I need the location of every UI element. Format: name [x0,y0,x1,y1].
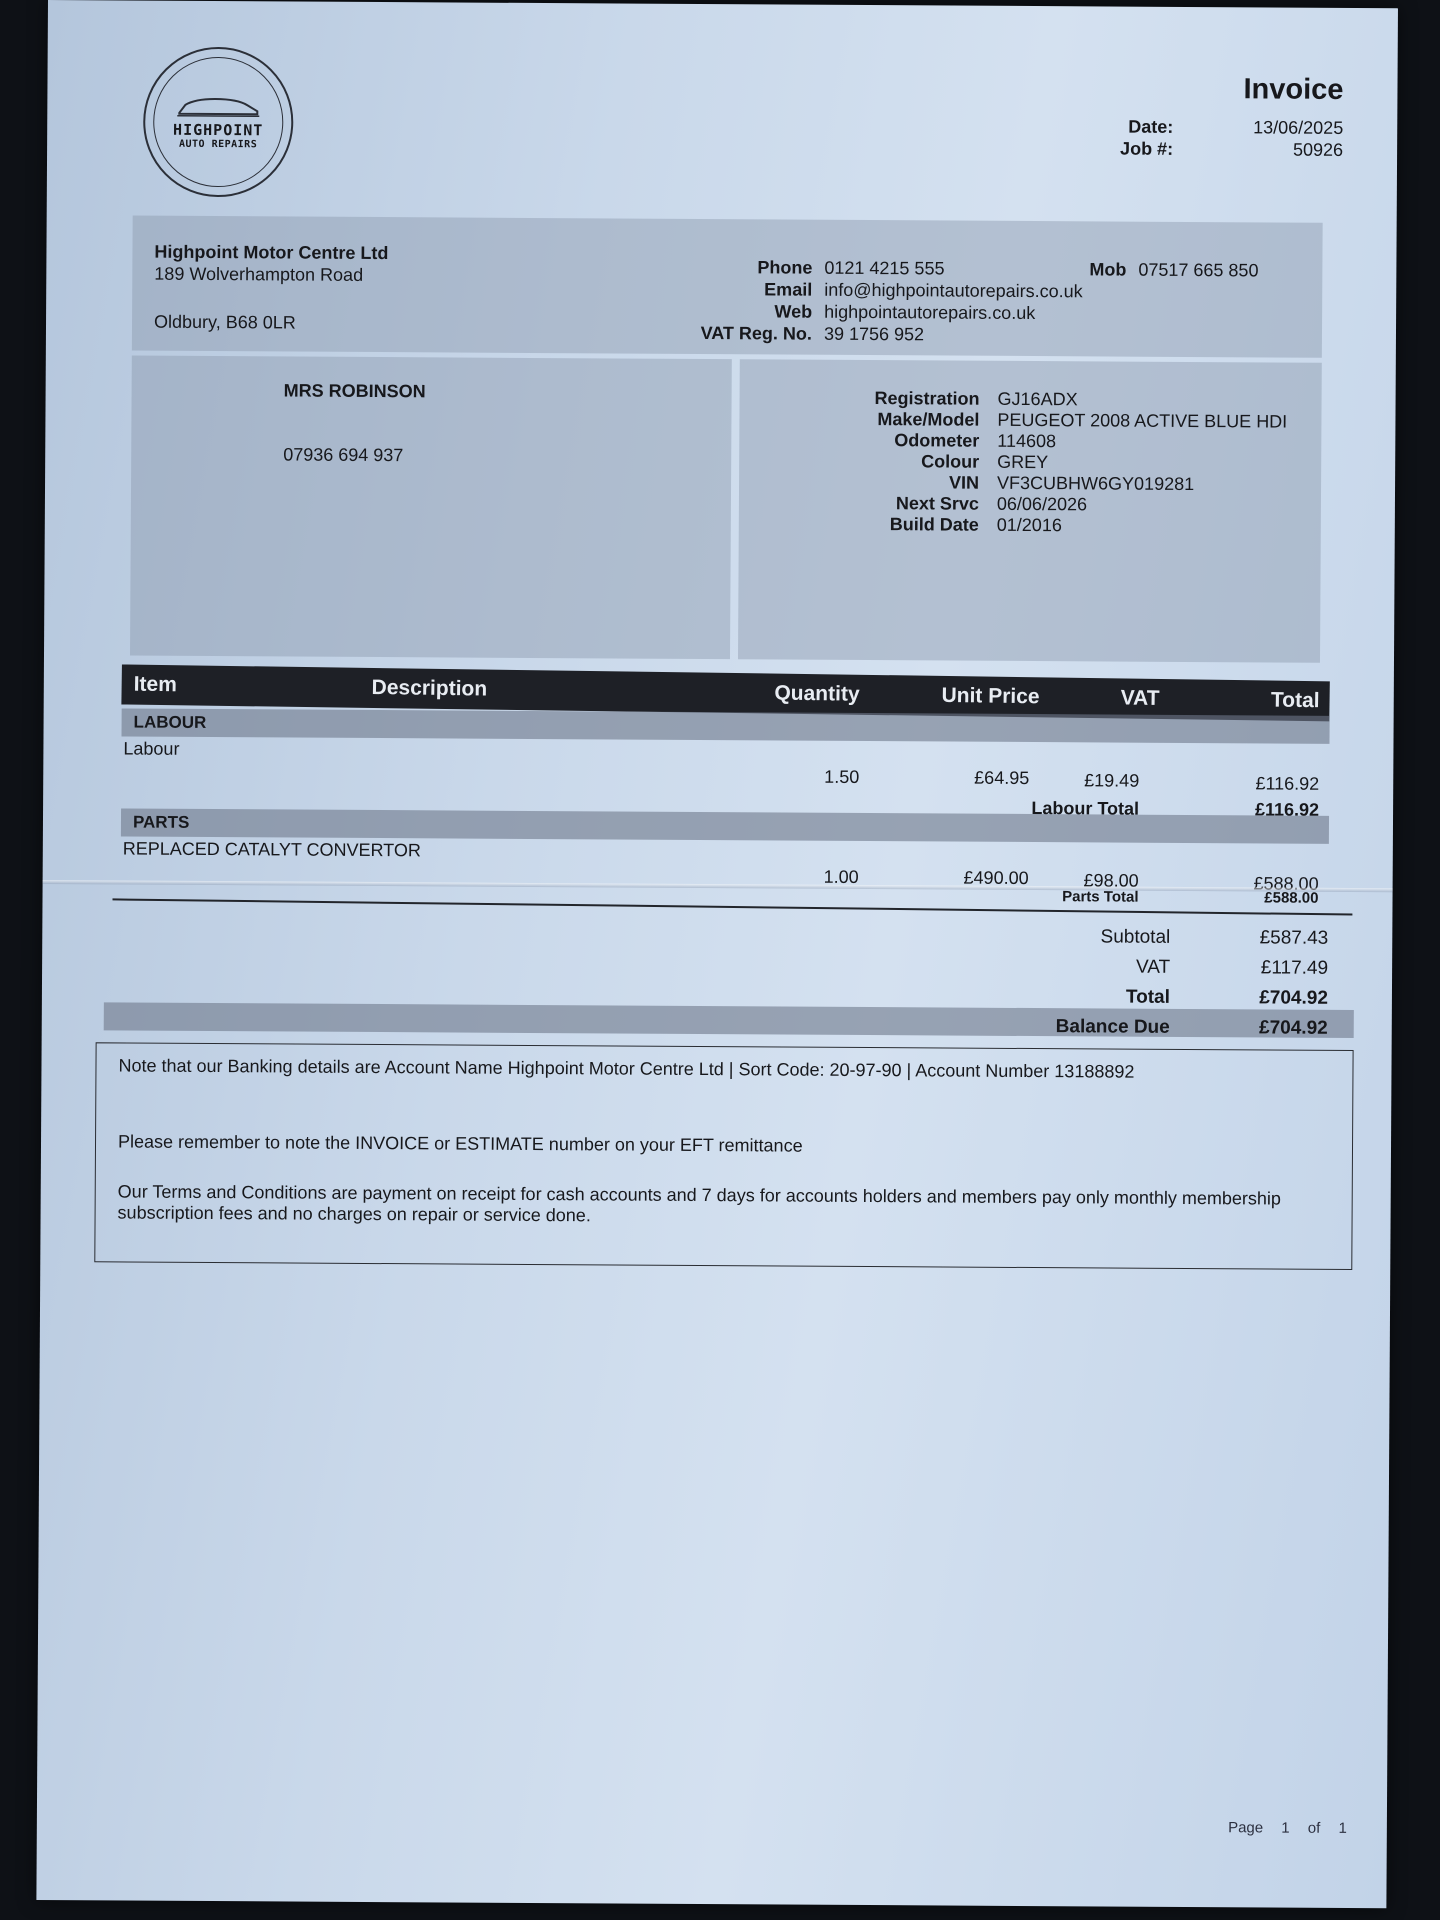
vehicle-field-label: Make/Model [799,409,979,431]
section-title: PARTS [133,813,189,833]
row-description: REPLACED CATALYT CONVERTOR [123,838,421,861]
vat-total-value: £117.49 [1198,957,1328,980]
vehicle-details: RegistrationGJ16ADXMake/ModelPEUGEOT 200… [799,388,1338,538]
vehicle-field-value: 06/06/2026 [997,494,1337,517]
invoice-meta: Date: 13/06/2025 Job #: 50926 [1120,117,1343,161]
terms-note: Our Terms and Conditions are payment on … [118,1181,1292,1230]
row-total: £588.00 [1253,873,1318,894]
company-web: highpointautorepairs.co.uk [824,302,1338,326]
vehicle-field-label: Colour [799,451,979,473]
labour-total-row: Labour Total £116.92 [121,792,1329,799]
date-label: Date: [1120,117,1173,138]
header-total: Total [1271,689,1320,714]
totals-block: Subtotal £587.43 VAT £117.49 Total £704.… [978,926,1329,1040]
header-item: Item [133,673,177,698]
vehicle-field-value: 114608 [997,431,1337,454]
totals-divider [112,898,1352,915]
car-icon [175,94,261,117]
phone-label: Phone [652,257,812,279]
vehicle-field-label: Next Srvc [799,493,979,515]
row-total: £116.92 [1255,773,1319,794]
balance-due-value: £704.92 [1198,1017,1328,1040]
company-address-line2: Oldbury, B68 0LR [154,312,296,334]
balance-due-label: Balance Due [978,1016,1198,1039]
parts-total-label: Parts Total [1062,888,1139,905]
header-description: Description [371,676,487,702]
vehicle-pane: RegistrationGJ16ADXMake/ModelPEUGEOT 200… [738,359,1322,663]
customer-pane: MRS ROBINSON 07936 694 937 [130,356,732,660]
company-logo: HIGHPOINT AUTO REPAIRS [143,47,294,198]
vehicle-field-value: GJ16ADX [998,389,1338,412]
company-mob: 07517 665 850 [1138,260,1338,282]
logo-line1: HIGHPOINT [173,120,263,139]
row-unit-price: £490.00 [964,868,1029,889]
vehicle-field-value: VF3CUBHW6GY019281 [997,473,1337,496]
section-parts: PARTS [121,808,1329,843]
vat-reg-label: VAT Reg. No. [652,323,812,345]
company-details: Highpoint Motor Centre Ltd 189 Wolverham… [132,216,1323,358]
header-quantity: Quantity [774,682,859,707]
job-number: 50926 [1173,139,1343,161]
row-unit-price: £64.95 [974,768,1029,789]
invoice-date: 13/06/2025 [1173,117,1343,139]
parts-total-value: £588.00 [1264,889,1318,906]
mob-label: Mob [1036,259,1126,281]
table-row: Labour 1.50 £64.95 £19.49 £116.92 [121,738,1329,791]
table-row: REPLACED CATALYT CONVERTOR 1.00 £490.00 … [121,838,1329,891]
vat-total-label: VAT [978,956,1198,979]
invoice-paper: HIGHPOINT AUTO REPAIRS Invoice Date: 13/… [36,0,1398,1908]
page-indicator: Page 1 of 1 [1228,1819,1347,1837]
vehicle-field-value: GREY [997,452,1337,475]
remittance-note: Please remember to note the INVOICE or E… [118,1131,1292,1159]
vehicle-field-value: PEUGEOT 2008 ACTIVE BLUE HDI [997,410,1337,433]
vehicle-field-label: Build Date [799,514,979,536]
vehicle-field-label: Registration [800,388,980,410]
vat-reg-number: 39 1756 952 [824,324,1338,348]
notes-box: Note that our Banking details are Accoun… [94,1042,1353,1270]
grand-total-value: £704.92 [1198,987,1328,1010]
row-quantity: 1.00 [824,867,859,888]
company-name: Highpoint Motor Centre Ltd [154,242,388,264]
page-label: Page [1228,1819,1263,1836]
company-email: info@highpointautorepairs.co.uk [824,280,1338,304]
section-labour: LABOUR [122,708,1330,743]
subtotal-value: £587.43 [1198,927,1328,950]
client-vehicle-section: MRS ROBINSON 07936 694 937 RegistrationG… [130,356,1322,663]
header-unit-price: Unit Price [941,684,1039,709]
company-contact: Phone 0121 4215 555 Mob 07517 665 850 Em… [652,257,1339,348]
subtotal-label: Subtotal [978,926,1198,949]
company-address-line1: 189 Wolverhampton Road [154,264,363,286]
company-phone: 0121 4215 555 [824,258,1024,280]
customer-name: MRS ROBINSON [284,380,426,402]
vehicle-field-label: Odometer [799,430,979,452]
row-vat: £19.49 [1084,770,1139,791]
job-label: Job #: [1120,139,1173,160]
section-title: LABOUR [134,713,207,733]
banking-note: Note that our Banking details are Accoun… [118,1055,1292,1083]
email-label: Email [652,279,812,301]
web-label: Web [652,301,812,323]
row-vat: £98.00 [1084,870,1139,891]
vehicle-field-value: 01/2016 [997,515,1337,538]
logo-line2: AUTO REPAIRS [179,138,257,149]
row-description: Labour [123,738,179,759]
invoice-title: Invoice [1243,73,1343,107]
customer-phone: 07936 694 937 [283,444,403,466]
page-current: 1 [1281,1820,1289,1837]
vehicle-field-label: VIN [799,472,979,494]
row-quantity: 1.50 [824,767,859,788]
header-vat: VAT [1121,686,1160,711]
page-of: of [1308,1820,1321,1837]
grand-total-label: Total [978,986,1198,1009]
page-total: 1 [1338,1820,1346,1837]
